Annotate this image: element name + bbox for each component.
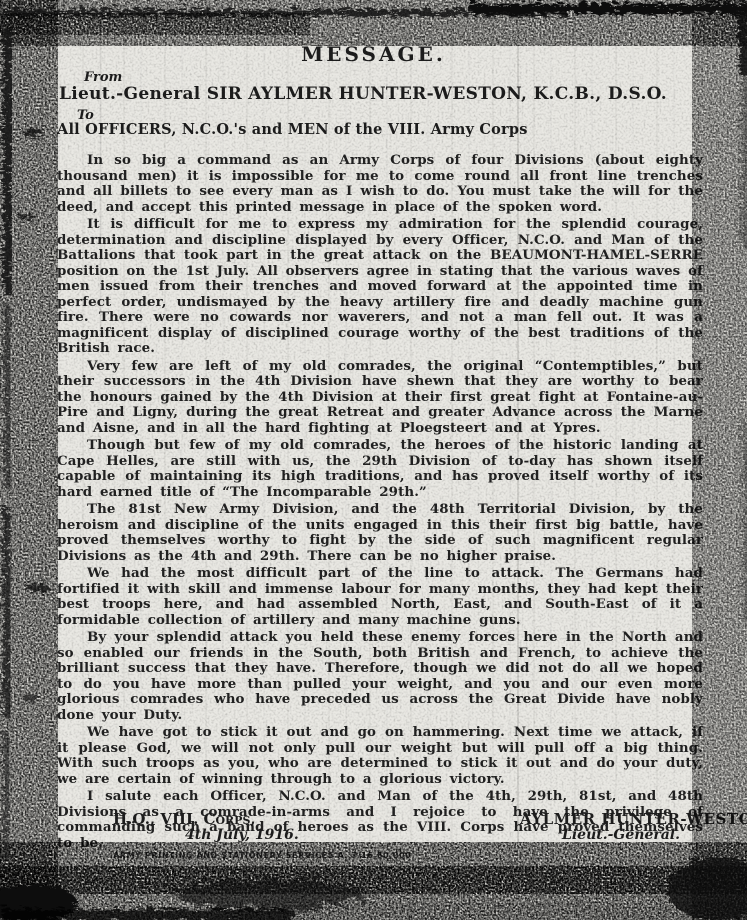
bottom-blob-mid (170, 874, 360, 904)
paragraph-4: Though but few of my old comrades, the h… (57, 436, 703, 500)
left-edge-streak-4 (0, 730, 7, 860)
scanned-message-page: MESSAGE. From Lieut.-General SIR AYLMER … (0, 0, 747, 920)
paragraph-8: We have got to stick it out and go on ha… (57, 723, 703, 787)
left-margin-speckle (0, 0, 58, 920)
printer-imprint: ARMY PRINTING AND STATIONERY SERVICES A.… (113, 851, 411, 860)
left-edge-streak-3 (0, 505, 8, 715)
bottom-mottle-band (0, 866, 747, 894)
left-blot-2 (16, 210, 32, 218)
paragraph-3: Very few are left of my old comrades, th… (57, 357, 703, 437)
paragraph-7: By your splendid attack you held these e… (57, 628, 703, 723)
from-label: From (84, 70, 122, 85)
left-blot-3 (22, 580, 46, 590)
top-ink-band-left (0, 7, 565, 13)
hq-line: H.Q., VIII. Corps, (113, 810, 256, 828)
date-line: 4th July, 1916. (185, 827, 299, 843)
top-margin-speckle (0, 0, 747, 46)
left-edge-streak-2 (1, 300, 8, 485)
bottom-blob-right (664, 854, 747, 918)
addressee-line: All OFFICERS, N.C.O.'s and MEN of the VI… (57, 121, 528, 138)
signature-rank: Lieut.-General. (562, 827, 680, 843)
sender-name: Lieut.-General SIR AYLMER HUNTER-WESTON,… (59, 84, 667, 104)
paragraph-6: We had the most difficult part of the li… (57, 564, 703, 628)
signature-block: H.Q., VIII. Corps, 4th July, 1916. AYLME… (57, 810, 703, 855)
left-blot-4 (18, 691, 36, 699)
page-title: MESSAGE. (0, 42, 747, 66)
paragraph-1: In so big a command as an Army Corps of … (57, 151, 703, 215)
signature-name: AYLMER HUNTER-WESTON, (520, 810, 747, 828)
right-edge-streak-3 (740, 420, 747, 620)
bottom-edge-bar (0, 906, 290, 920)
right-edge-streak-2 (739, 75, 747, 245)
top-ink-band-right (468, 1, 747, 11)
paragraph-2: It is difficult for me to express my adm… (57, 215, 703, 357)
message-body: In so big a command as an Army Corps of … (57, 151, 703, 851)
paragraph-5: The 81st New Army Division, and the 48th… (57, 500, 703, 564)
bottom-edge-smear (280, 902, 747, 920)
bottom-blob-left (0, 881, 74, 919)
left-blot-1 (20, 125, 40, 135)
top-edge-smudge (0, 13, 310, 35)
